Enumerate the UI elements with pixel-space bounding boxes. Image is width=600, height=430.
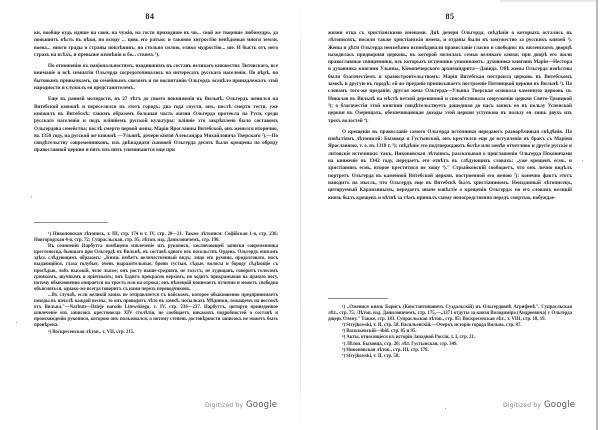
scan-speck <box>31 196 32 197</box>
footnote-separator <box>328 298 388 299</box>
footnote-separator <box>34 222 108 223</box>
footnote: ⁷) Stryjkowski, т. II, стр. 58. <box>328 354 572 360</box>
paragraph: жизни отца съ христіанскими именами. Двѣ… <box>328 30 572 125</box>
footnotes: ¹) „Оженися князь Борисъ (Константинович… <box>328 305 572 360</box>
footnote: ²) Воскресенская лѣтоп., т. VII, стр. 21… <box>34 330 278 336</box>
google-watermark: Digitized by Google <box>205 400 277 410</box>
paragraph: ки, вообще кудь идяше на свои, на чужія,… <box>34 30 278 59</box>
footnotes: ¹) Никоновская лѣтопись, т. III, стр. 17… <box>34 232 278 336</box>
body-text: ки, вообще кудь идяше на свои, на чужія,… <box>34 30 278 159</box>
paragraph: По отношенію къ національностямъ, входив… <box>34 63 278 92</box>
watermark-brand: Google <box>246 400 277 410</box>
scan-speck <box>16 322 17 323</box>
footnote: ¹) Никоновская лѣтопись, т. III, стр. 17… <box>34 232 278 244</box>
google-watermark: Digitized by Google <box>503 400 575 410</box>
right-page: 85 жизни отца съ христіанскими именами. … <box>300 0 600 430</box>
watermark-prefix: Digitized by <box>205 402 243 409</box>
page-number: 85 <box>300 12 600 21</box>
watermark-prefix: Digitized by <box>503 402 541 409</box>
footnote: ¹) „Оженися князь Борисъ (Константинович… <box>328 305 572 323</box>
paragraph: Еще въ ранней молодости, въ 27 лѣтъ до с… <box>34 96 278 154</box>
footnote: Въ сочиненіи Нарбутта помѣщено извлечені… <box>34 244 278 293</box>
book-spread: 84 ки, вообще кудь идяше на свои, на чуж… <box>0 0 600 430</box>
left-page: 84 ки, вообще кудь идяше на свои, на чуж… <box>0 0 300 430</box>
scan-speck <box>445 408 446 409</box>
page-number: 84 <box>0 12 300 21</box>
scan-speck <box>582 160 583 161</box>
footnote: ...Въ случаѣ, если великій князь не отпр… <box>34 293 278 330</box>
watermark-brand: Google <box>544 400 575 410</box>
body-text: жизни отца съ христіанскими именами. Двѣ… <box>328 30 572 206</box>
paragraph: О крещеніи въ православіе самого Ольгерд… <box>328 129 572 202</box>
